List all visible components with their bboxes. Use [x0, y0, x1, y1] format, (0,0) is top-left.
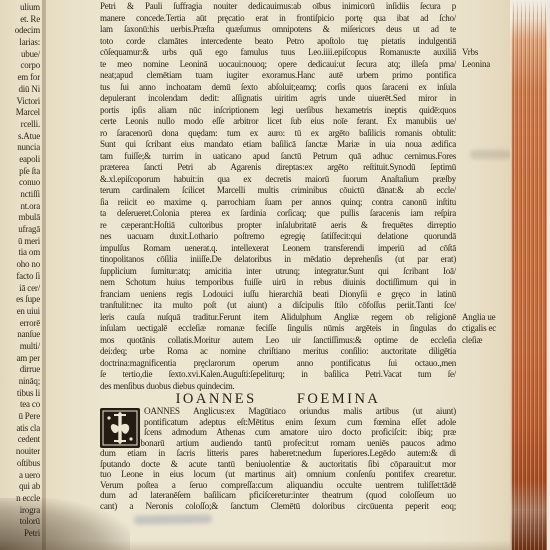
chapter-heading: IOANNES FOEMINA — [100, 392, 456, 406]
facing-page-line-fragment: eapoli — [0, 154, 40, 166]
paragraph-leo-iv: Petri & Pauli ſuffragia nouiter dedicaui… — [100, 1, 456, 392]
text-line: certe Leonis nullo modo eſſe arbitror li… — [100, 116, 456, 128]
facing-page-line-fragment: Marcel — [0, 107, 40, 119]
text-line: neat;apud clemētiam tuam iugiter exoramu… — [100, 70, 456, 82]
text-line: terum cardinalem ſcilicet Marcelli multi… — [100, 185, 456, 197]
margin-note: ctigalis ec — [462, 323, 496, 335]
text-line: ta deſerueret.Colonia pterea ex ſardinia… — [100, 208, 456, 220]
facing-page-line-fragment: larias: — [0, 37, 40, 49]
text-line: ſe tertio,die ſexto.xvi.Kalen.Auguſti:ſe… — [100, 369, 456, 381]
text-line: inſulam uectigalē eccleſiæ romanæ feciſſ… — [100, 323, 456, 335]
text-line: impulſus Romam uenerat.q. intellexerat L… — [100, 243, 456, 255]
facing-page-line-fragment: a uero — [0, 470, 40, 482]
text-line: ſupplicium ſumitur:atq; amicitia inter u… — [100, 266, 456, 278]
text-line: cant) a Neronis coloſſo;& ſanctum Clemēt… — [100, 501, 456, 512]
text-line: dum etiam in ſacris litteris pares haber… — [100, 448, 456, 459]
text-line: Verum poſtea a ſeruo compreſſa:cum aliqu… — [100, 480, 456, 491]
paragraph-ioannes-wrap: OANNES Anglicus:ex Magūtiaco oriundus ma… — [100, 406, 456, 511]
woodcut-initial-I — [100, 408, 140, 448]
facing-page-line-fragment: tibus li — [0, 388, 40, 400]
facing-page-line-fragment: en uiui — [0, 306, 40, 318]
text-line: tuo Leone in eius locum (ut martinus ait… — [100, 469, 456, 480]
facing-page-line-fragment: nouiter — [0, 446, 40, 458]
facing-page-line-fragment: facto ſi — [0, 271, 40, 283]
margin-notes: VrbsLeoninaAnglia uectigalis eccleſiæ — [462, 1, 514, 401]
text-line: dum ad lateranēſem baſilicam pficiſceret… — [100, 490, 456, 501]
text-line: franciam ueniens regis Lodouici iuſſu hi… — [100, 289, 456, 301]
text-line: &.xl.epiſcoporum habuit:in qua ex decret… — [100, 174, 456, 186]
text-line: præterea ſancti Petri ab Agarenis dirept… — [100, 162, 456, 174]
facing-page-line-fragment: ubue/ — [0, 49, 40, 61]
text-line: nem Schotum huius temporibus fuiſſe uirū… — [100, 277, 456, 289]
facing-page-line-fragment: nināq; — [0, 376, 40, 388]
text-line: portis ipſis aliam nūc inſcriptionem leg… — [100, 105, 456, 117]
facing-page-line-fragment: tia om — [0, 247, 40, 259]
fore-edge-top-light — [510, 0, 547, 14]
text-line: pontificatum adeptus eſt:Mētitus enim ſe… — [144, 417, 456, 428]
facing-page-edge: uliumet. Reodecimlarias:ubue/corpoem for… — [0, 0, 46, 550]
text-line: dei:deq; urbe Roma ac nomine chriſtiano … — [100, 346, 456, 358]
margin-note: Leonina — [462, 59, 490, 71]
show-through-stain — [134, 514, 212, 524]
facing-page-line-fragment: corpo — [0, 60, 40, 72]
text-line: ſputando docte & acute tantū beniuolenti… — [100, 459, 456, 470]
page-edge-highlight — [510, 0, 512, 550]
facing-page-line-fragment: n eccle — [0, 493, 40, 505]
main-text-column: Petri & Pauli ſuffragia nouiter dedicaui… — [100, 1, 456, 511]
text-line: depulerant incolendam dedit: aſſignatis … — [100, 93, 456, 105]
facing-page-line-fragment: nuncia — [0, 142, 40, 154]
text-line: tam fuiſſe;& turrim in uaticano apud ſan… — [100, 151, 456, 163]
text-line: OANNES Anglicus:ex Magūtiaco oriundus ma… — [144, 406, 456, 417]
facing-page-line-fragment: nctiſſi — [0, 189, 40, 201]
facing-page-line-fragment: es ſupe — [0, 294, 40, 306]
facing-page-line-fragment: nt.ora — [0, 201, 40, 213]
facing-page-line-fragment: conuo — [0, 177, 40, 189]
text-line: lam ſaxonū:his uerbis.Præſta quæſumus om… — [100, 24, 456, 36]
facing-page-line-fragment: tolorū — [0, 516, 40, 528]
facing-page-line-fragment: atis cla — [0, 423, 40, 435]
show-through-stain — [470, 150, 512, 159]
text-line: tus ſui anno inchoatam demū ſexto abſolu… — [100, 82, 456, 94]
text-line: ro ſaracenorū dona quędam: tum ex auro: … — [100, 128, 456, 140]
facing-page-line-fragment: oſtibus — [0, 458, 40, 470]
facing-page-fragments: uliumet. Reodecimlarias:ubue/corpoem for… — [0, 2, 40, 540]
facing-page-line-fragment: Petri — [0, 528, 40, 540]
facing-page-line-fragment: Victori — [0, 96, 40, 108]
paragraph-ioannes: OANNES Anglicus:ex Magūtiaco oriundus ma… — [100, 406, 456, 511]
book-page-photo: uliumet. Reodecimlarias:ubue/corpoem for… — [0, 0, 550, 550]
text-line: doctrina:magnificentia pręclarorum operu… — [100, 358, 456, 370]
text-line: mos quotānis collatis.Moritur autem Leo … — [100, 335, 456, 347]
text-line: ſia reiicit eo maxime q. parrochiam ſuam… — [100, 197, 456, 209]
facing-page-line-fragment: diū Ni — [0, 84, 40, 96]
facing-page-line-fragment: tea co — [0, 399, 40, 411]
text-line: leris cauſa nuſquā traditur.Ferunt item … — [100, 312, 456, 324]
text-line: re cæperant:Hoſtiā cultoribus propter in… — [100, 220, 456, 232]
facing-page-line-fragment: odecim — [0, 25, 40, 37]
text-line: manere concede.Tertia aūt pręcatio erat … — [100, 13, 456, 25]
facing-page-line-fragment: am per — [0, 353, 40, 365]
facing-page-line-fragment: qui ab — [0, 481, 40, 493]
facing-page-line-fragment: cedent — [0, 434, 40, 446]
text-line: tinopolitanos cōſilia iniiſſe.De delator… — [100, 254, 456, 266]
facing-page-line-fragment: ufragā — [0, 224, 40, 236]
text-line: ceptores bonarū artium audiendo tantū pr… — [100, 438, 456, 449]
facing-page-line-fragment: iā cer/ — [0, 283, 40, 295]
facing-page-line-fragment: em for — [0, 72, 40, 84]
facing-page-line-fragment: nanſue — [0, 329, 40, 341]
margin-note: Anglia ue — [462, 312, 495, 324]
facing-page-line-fragment: ulium — [0, 2, 40, 14]
text-line: nes uacuam duxit.Lothario poſtremo egreg… — [100, 231, 456, 243]
text-line: tranſtulit:nec ita multo poſt (ut aiunt)… — [100, 300, 456, 312]
facing-page-line-fragment: pſe ſta — [0, 166, 40, 178]
margin-note: cleſiæ — [462, 335, 482, 347]
text-line: te meo nomine Leoninā uocaui:nouoq; oper… — [100, 59, 456, 71]
facing-page-line-fragment: s.Atue — [0, 131, 40, 143]
facing-page-line-fragment: ū meri — [0, 236, 40, 248]
facing-page-line-fragment: errorē — [0, 318, 40, 330]
facing-page-line-fragment: multi/ — [0, 341, 40, 353]
facing-page-line-fragment: rcelli. — [0, 119, 40, 131]
text-line: toto corde clamātes intercedente beato P… — [100, 36, 456, 48]
facing-page-line-fragment: dirrue — [0, 364, 40, 376]
text-line: cōſequamur:& urbs quā ego famulus tuus L… — [100, 47, 456, 59]
text-line: ſcens admodum Athenas cum amatore uiro d… — [144, 427, 456, 438]
facing-page-line-fragment: mbulā — [0, 212, 40, 224]
book-page: Petri & Pauli ſuffragia nouiter dedicaui… — [46, 0, 510, 550]
facing-page-line-fragment: ū Pere — [0, 411, 40, 423]
facing-page-line-fragment: oho no — [0, 259, 40, 271]
facing-page-line-fragment: et. Re — [0, 14, 40, 26]
book-fore-edge — [510, 0, 547, 550]
text-line: Petri & Pauli ſuffragia nouiter dedicaui… — [100, 1, 456, 13]
facing-page-line-fragment: irogra — [0, 505, 40, 517]
text-line: Sunt qui ſcribant eius mandato etiam baſ… — [100, 139, 456, 151]
margin-note: Vrbs — [462, 47, 478, 59]
